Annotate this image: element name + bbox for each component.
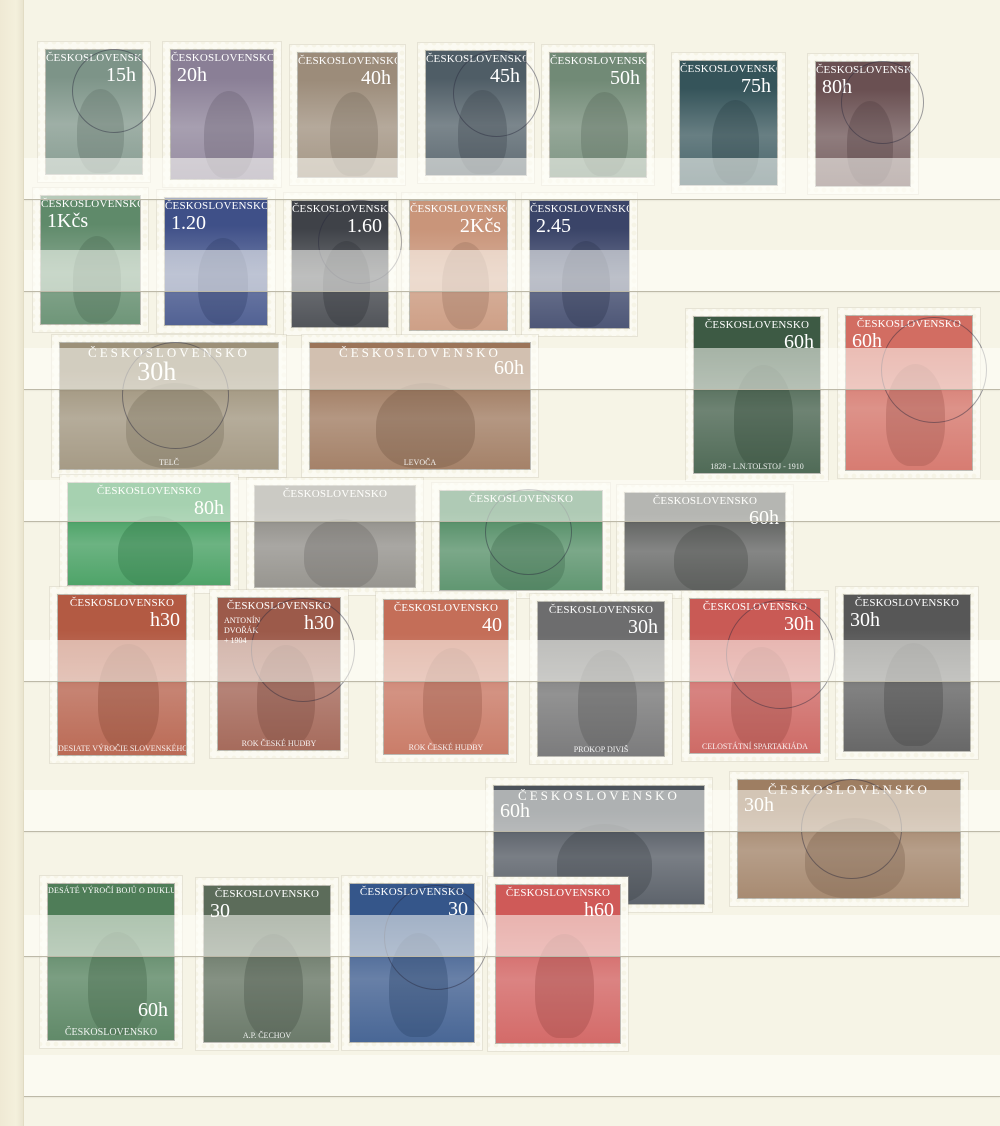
stamp-country-name: ČESKOSLOVENSKO <box>350 886 474 898</box>
stamp-figure-illustration <box>847 101 893 185</box>
stamp-figure-illustration <box>204 91 254 178</box>
stamp-denomination: 1.20 <box>171 212 206 235</box>
stamp-denomination: 50h <box>610 67 640 90</box>
stamp[interactable]: ČESKOSLOVENSKO40h <box>290 45 405 185</box>
stamp-figure-illustration <box>118 516 193 586</box>
stamp-figure-illustration <box>731 647 792 749</box>
stamp-design: ČESKOSLOVENSKO1.20 <box>164 197 268 326</box>
stamp-country-name: ČESKOSLOVENSKO <box>625 495 785 507</box>
stamp-design: ČESKOSLOVENSKO60h1828 - L.N.TOLSTOJ - 19… <box>693 316 821 474</box>
stamp-denomination: 30 <box>448 898 468 921</box>
stamp-figure-illustration <box>442 242 489 329</box>
stamp[interactable]: ČESKOSLOVENSKO30hTELČ <box>52 335 286 477</box>
stamp-design: ČESKOSLOVENSKO30hTELČ <box>59 342 279 470</box>
stamp-country-name-bottom: ČESKOSLOVENSKO <box>48 1027 174 1038</box>
stamp-caption: CELOSTÁTNÍ SPARTAKIÁDA <box>690 742 820 751</box>
stamp-design: ČESKOSLOVENSKO50h <box>549 52 647 178</box>
stamp-design: ČESKOSLOVENSKO80h <box>815 61 911 187</box>
album-strip <box>24 1055 1000 1097</box>
stamp[interactable]: ČESKOSLOVENSKO30A.P. ČECHOV <box>196 878 338 1050</box>
stamp-figure-illustration <box>423 648 482 750</box>
stamp-figure-illustration <box>578 650 638 752</box>
stamp[interactable]: ČESKOSLOVENSKO15h <box>38 42 150 182</box>
stamp-design: ČESKOSLOVENSKO1.60 <box>291 200 389 328</box>
stamp-country-name: ČESKOSLOVENSKO <box>255 488 415 500</box>
stamp-denomination: 2.45 <box>536 215 571 238</box>
stamp-design: ČESKOSLOVENSKO <box>254 485 416 588</box>
stamp[interactable]: ČESKOSLOVENSKO <box>432 483 610 598</box>
stamp-country-name: ČESKOSLOVENSKO <box>496 887 620 899</box>
stamp-design: ČESKOSLOVENSKO30hPROKOP DIVIŠ <box>537 601 665 757</box>
stamp[interactable]: ČESKOSLOVENSKO2Kčs <box>402 193 515 338</box>
stamp-country-name: ČESKOSLOVENSKO <box>538 604 664 616</box>
stamp-denomination: h60 <box>584 899 614 922</box>
stamp-subtitle: ANTONÍN DVOŘÁK + 1904 <box>224 616 260 646</box>
stamp-denomination: 80h <box>194 497 224 520</box>
stamp-figure-illustration <box>323 241 370 326</box>
stamp-design: ČESKOSLOVENSKOh30DESIATE VÝROČIE SLOVENS… <box>57 594 187 756</box>
stamp-denomination: 75h <box>741 75 771 98</box>
stamp-denomination: 60h <box>852 330 882 353</box>
stamp-design: ČESKOSLOVENSKO2.45 <box>529 200 630 329</box>
stamp-country-name: ČESKOSLOVENSKO <box>410 203 507 215</box>
stamp-figure-illustration <box>198 238 248 324</box>
stamp-figure-illustration <box>712 100 759 184</box>
stamp-figure-illustration <box>244 934 304 1037</box>
stamp-country-name: ČESKOSLOVENSKO <box>844 597 970 609</box>
stamp-denomination: 30h <box>628 616 658 639</box>
stamp-design: ČESKOSLOVENSKOh60 <box>495 884 621 1044</box>
stamp-country-name: ČESKOSLOVENSKO <box>680 63 777 75</box>
stamp-country-name: ČESKOSLOVENSKO <box>218 600 340 612</box>
stamp-caption: 1828 - L.N.TOLSTOJ - 1910 <box>694 462 820 471</box>
stamp[interactable]: ČESKOSLOVENSKO80h <box>808 54 918 194</box>
stamp-denomination: 80h <box>822 76 852 99</box>
stamp-figure-illustration <box>562 241 610 327</box>
stamp-country-name: ČESKOSLOVENSKO <box>171 52 273 64</box>
stamp-caption: DESIATE VÝROČIE SLOVENSKÉHO NÁRODNÉHO PO… <box>58 744 186 753</box>
stamp-denomination: 60h <box>500 800 530 823</box>
album-binding-edge <box>0 0 24 1126</box>
stamp-denomination: h30 <box>150 609 180 632</box>
stamp-denomination: 45h <box>490 65 520 88</box>
stamp-country-name: DESÁTÉ VÝROČÍ BOJŮ O DUKLU <box>48 886 174 895</box>
stamp-denomination: 30h <box>784 613 814 636</box>
stamp-figure-illustration <box>674 525 748 591</box>
stamp-denomination: 30h <box>850 609 880 632</box>
stamp[interactable]: ČESKOSLOVENSKO1.20 <box>157 190 275 333</box>
stamp[interactable]: ČESKOSLOVENSKO60h <box>838 308 980 478</box>
stamp[interactable]: ČESKOSLOVENSKO30 <box>342 876 482 1050</box>
stamp-country-name: ČESKOSLOVENSKO <box>46 52 142 64</box>
stamp-design: ČESKOSLOVENSKO15h <box>45 49 143 175</box>
stamp[interactable]: ČESKOSLOVENSKO1.60 <box>284 193 396 335</box>
stamp[interactable]: ČESKOSLOVENSKO45h <box>418 43 534 183</box>
stamp-country-name: ČESKOSLOVENSKO <box>58 597 186 609</box>
stamp-figure-illustration <box>389 933 448 1037</box>
stamp-design: ČESKOSLOVENSKO60h <box>845 315 973 471</box>
stamp-figure-illustration <box>304 519 378 588</box>
stamp-denomination: 2Kčs <box>460 215 501 238</box>
stamp-country-name: ČESKOSLOVENSKO <box>41 198 140 210</box>
stamp-denomination: 60h <box>749 507 779 530</box>
stamp-country-name: ČESKOSLOVENSKO <box>530 203 629 215</box>
stamp[interactable]: ČESKOSLOVENSKOh60 <box>488 877 628 1051</box>
stamp-design: ČESKOSLOVENSKO40ROK ČESKÉ HUDBY <box>383 599 509 755</box>
stamp-design: ČESKOSLOVENSKO60hLEVOČA <box>309 342 531 470</box>
stamp-figure-illustration <box>884 643 944 746</box>
stamp-country-name: ČESKOSLOVENSKO <box>292 203 388 215</box>
stamp-denomination: 60h <box>138 999 168 1022</box>
stamp-design: ČESKOSLOVENSKO <box>439 490 603 591</box>
stamp-caption: A.P. ČECHOV <box>204 1031 330 1040</box>
stamp-denomination: 40 <box>482 614 502 637</box>
stamp[interactable]: ČESKOSLOVENSKO75h <box>672 53 785 193</box>
stamp-figure-illustration <box>581 92 628 176</box>
stamp[interactable]: ČESKOSLOVENSKO30hCELOSTÁTNÍ SPARTAKIÁDA <box>682 591 828 761</box>
stamp[interactable]: ČESKOSLOVENSKO30h <box>730 772 968 906</box>
stamp-figure-illustration <box>98 644 158 750</box>
stamp-design: ČESKOSLOVENSKO1Kčs <box>40 195 141 325</box>
stamp-design: ČESKOSLOVENSKO30h <box>737 779 961 899</box>
stamp-design: ČESKOSLOVENSKOANTONÍN DVOŘÁK + 1904h30RO… <box>217 597 341 751</box>
stamp-denomination: 20h <box>177 64 207 87</box>
stamp-denomination: 1Kčs <box>47 210 88 233</box>
stamp-denomination: 30h <box>137 357 176 387</box>
stamp-design: ČESKOSLOVENSKO60h <box>624 492 786 591</box>
stamp-denomination: 60h <box>494 357 524 380</box>
stamp[interactable]: ČESKOSLOVENSKOh30DESIATE VÝROČIE SLOVENS… <box>50 587 194 763</box>
stamp-design: ČESKOSLOVENSKO80h <box>67 482 231 586</box>
stamp[interactable]: ČESKOSLOVENSKO30h <box>836 587 978 759</box>
stamp-country-name: ČESKOSLOVENSKO <box>204 888 330 900</box>
stamp-country-name: ČESKOSLOVENSKO <box>816 64 910 76</box>
stamp-figure-illustration <box>490 523 565 591</box>
stamp[interactable]: ČESKOSLOVENSKO40ROK ČESKÉ HUDBY <box>376 592 516 762</box>
stamp-figure-illustration <box>805 818 905 898</box>
stamp-figure-illustration <box>330 92 378 176</box>
stamp-denomination: 40h <box>361 67 391 90</box>
stamp-figure-illustration <box>734 365 794 468</box>
stamp[interactable]: ČESKOSLOVENSKOANTONÍN DVOŘÁK + 1904h30RO… <box>210 590 348 758</box>
stamp-country-name: ČESKOSLOVENSKO <box>694 319 820 331</box>
stamp-figure-illustration <box>458 90 507 174</box>
stamp-country-name: ČESKOSLOVENSKO <box>68 485 230 497</box>
stamp-country-name: ČESKOSLOVENSKO <box>440 493 602 505</box>
stamp-caption: TELČ <box>60 458 278 467</box>
stamp-figure-illustration <box>535 934 594 1038</box>
stamp-denomination: 60h <box>784 331 814 354</box>
stamp-denomination: 1.60 <box>347 215 382 238</box>
stamp-country-name: ČESKOSLOVENSKO <box>690 601 820 613</box>
stamp[interactable]: ČESKOSLOVENSKO60h <box>617 485 793 598</box>
stamp-design: ČESKOSLOVENSKO2Kčs <box>409 200 508 331</box>
stamp-country-name: ČESKOSLOVENSKO <box>426 53 526 65</box>
stamp-figure-illustration <box>77 89 124 173</box>
stamp-caption: ROK ČESKÉ HUDBY <box>384 743 508 752</box>
stamp[interactable]: ČESKOSLOVENSKO <box>247 478 423 595</box>
stamp-figure-illustration <box>886 364 946 466</box>
stamp-design: ČESKOSLOVENSKO30h <box>843 594 971 752</box>
stamp-design: ČESKOSLOVENSKO30hCELOSTÁTNÍ SPARTAKIÁDA <box>689 598 821 754</box>
stamp-design: ČESKOSLOVENSKO40h <box>297 52 398 178</box>
stamp-denomination: h30 <box>304 612 334 635</box>
stamp[interactable]: ČESKOSLOVENSKO2.45 <box>522 193 637 336</box>
stamp-country-name: ČESKOSLOVENSKO <box>298 55 397 67</box>
stamp-design: DESÁTÉ VÝROČÍ BOJŮ O DUKLU60hČESKOSLOVEN… <box>47 883 175 1041</box>
stamp[interactable]: ČESKOSLOVENSKO80h <box>60 475 238 593</box>
stamp-design: ČESKOSLOVENSKO45h <box>425 50 527 176</box>
stamp-figure-illustration <box>126 383 224 468</box>
stamp-caption: LEVOČA <box>310 458 530 467</box>
stamp[interactable]: ČESKOSLOVENSKO30hPROKOP DIVIŠ <box>530 594 672 764</box>
stamp-caption: ROK ČESKÉ HUDBY <box>218 739 340 748</box>
stamp-figure-illustration <box>73 236 121 322</box>
stamp[interactable]: ČESKOSLOVENSKO20h <box>163 42 281 187</box>
stamp-denomination: 30 <box>210 900 230 923</box>
stamp-design: ČESKOSLOVENSKO20h <box>170 49 274 180</box>
stamp-design: ČESKOSLOVENSKO30 <box>349 883 475 1043</box>
stamp-design: ČESKOSLOVENSKO75h <box>679 60 778 186</box>
stamp[interactable]: ČESKOSLOVENSKO60h1828 - L.N.TOLSTOJ - 19… <box>686 309 828 481</box>
stamp-denomination: 15h <box>106 64 136 87</box>
stamp-figure-illustration <box>376 383 475 468</box>
stamp[interactable]: DESÁTÉ VÝROČÍ BOJŮ O DUKLU60hČESKOSLOVEN… <box>40 876 182 1048</box>
stamp-design: ČESKOSLOVENSKO30A.P. ČECHOV <box>203 885 331 1043</box>
stamp-denomination: 30h <box>744 794 774 817</box>
stamp-country-name: ČESKOSLOVENSKO <box>550 55 646 67</box>
stamp[interactable]: ČESKOSLOVENSKO60hLEVOČA <box>302 335 538 477</box>
stamp-figure-illustration <box>257 645 315 746</box>
stamp-caption: PROKOP DIVIŠ <box>538 745 664 754</box>
stamp-country-name: ČESKOSLOVENSKO <box>384 602 508 614</box>
stamp-country-name: ČESKOSLOVENSKO <box>165 200 267 212</box>
stamp[interactable]: ČESKOSLOVENSKO50h <box>542 45 654 185</box>
stamp-country-name: ČESKOSLOVENSKO <box>846 318 972 330</box>
stamp[interactable]: ČESKOSLOVENSKO1Kčs <box>33 188 148 332</box>
